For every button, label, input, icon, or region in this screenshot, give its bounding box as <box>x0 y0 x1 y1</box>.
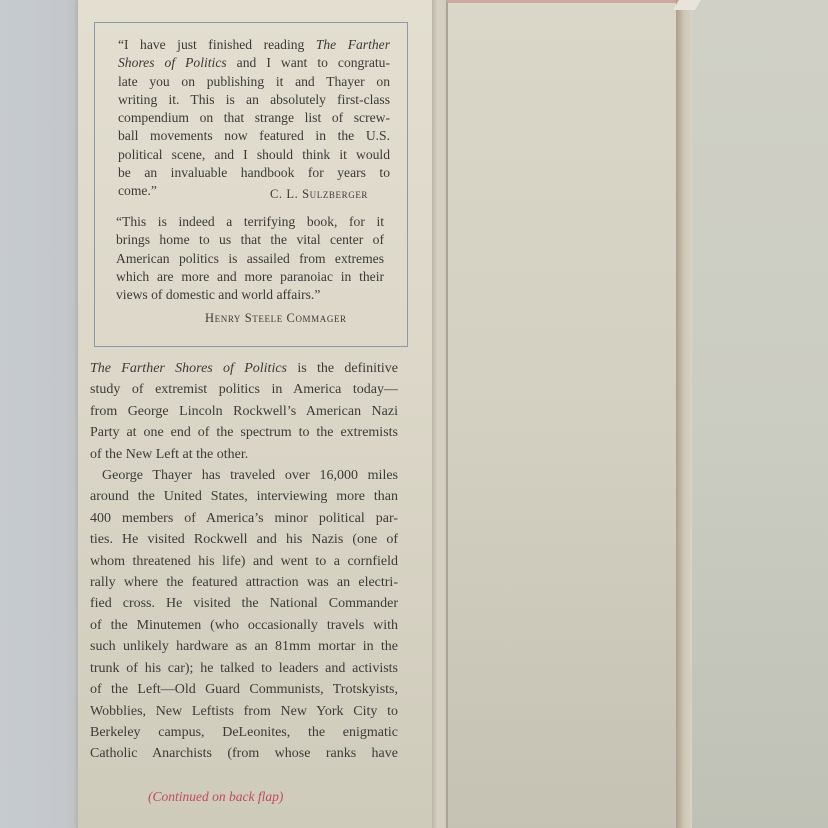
body-line: of the Minutemen (who occasionally trave… <box>90 615 398 636</box>
body-line: ties. He visited Rockwell and his Nazis … <box>90 529 398 550</box>
book-board-edge <box>676 0 692 828</box>
body-line: around the United States, interviewing m… <box>90 486 398 507</box>
body-line: Party at one end of the spectrum to the … <box>90 422 398 443</box>
continued-note: (Continued on back flap) <box>148 789 283 805</box>
quote-line: brings home to us that the vital center … <box>116 231 384 249</box>
review-quote-commager: “This is indeed a terrifying book, for i… <box>116 213 384 304</box>
quote-attribution: C. L. Sulzberger <box>270 187 368 202</box>
quote-line: ball movements now featured in the U.S. <box>118 127 390 145</box>
quote-line: political scene, and I should think it w… <box>118 146 390 164</box>
body-line: Berkeley campus, DeLeonites, the enigmat… <box>90 722 398 743</box>
flap-fold-edge <box>432 0 446 828</box>
quote-line: “I have just finished reading The Farthe… <box>118 36 390 54</box>
body-line: such unlikely hardware as an 81mm mortar… <box>90 636 398 657</box>
body-line: Catholic Anarchists (from whose ranks ha… <box>90 743 398 764</box>
quote-line: writing it. This is an absolutely first-… <box>118 91 390 109</box>
quote-attribution: Henry Steele Commager <box>205 311 347 326</box>
background-surface <box>0 0 80 828</box>
body-line: of the Left—Old Guard Communists, Trotsk… <box>90 679 398 700</box>
quote-line: “This is indeed a terrifying book, for i… <box>116 213 384 231</box>
quote-line: views of domestic and world affairs.” <box>116 286 384 304</box>
body-line: 400 members of America’s minor political… <box>90 508 398 529</box>
quote-line: Shores of Politics and I want to congrat… <box>118 54 390 72</box>
body-line: study of extremist politics in America t… <box>90 379 398 400</box>
body-line: George Thayer has traveled over 16,000 m… <box>90 465 398 486</box>
body-line: of the New Left at the other. <box>90 444 398 465</box>
body-line: trunk of his car); he talked to leaders … <box>90 658 398 679</box>
body-line: The Farther Shores of Politics is the de… <box>90 358 398 379</box>
quote-line: American politics is assailed from extre… <box>116 250 384 268</box>
quote-line: be an invaluable handbook for years to <box>118 164 390 182</box>
body-line: from George Lincoln Rockwell’s American … <box>90 401 398 422</box>
body-line: Wobblies, New Leftists from New York Cit… <box>90 701 398 722</box>
quote-line: which are more and more paranoiac in the… <box>116 268 384 286</box>
review-quote-sulzberger: “I have just finished reading The Farthe… <box>118 36 390 201</box>
quote-line: compendium on that strange list of screw… <box>118 109 390 127</box>
body-line: rally where the featured attraction was … <box>90 572 398 593</box>
endpaper-page <box>446 0 680 828</box>
quote-line: late you on publishing it and Thayer on <box>118 73 390 91</box>
body-line: whom threatened his life) and went to a … <box>90 551 398 572</box>
flap-description: The Farther Shores of Politics is the de… <box>90 358 398 765</box>
facing-page <box>692 0 828 828</box>
body-line: fied cross. He visited the National Comm… <box>90 593 398 614</box>
